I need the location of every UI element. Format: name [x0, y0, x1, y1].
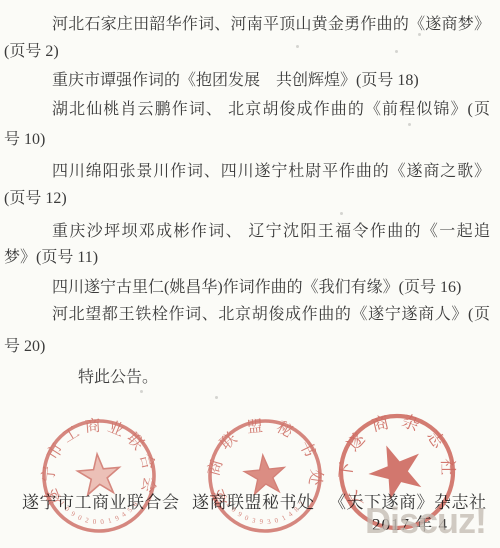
scan-speck: [140, 390, 143, 393]
discuz-watermark: Discuz!: [365, 500, 486, 542]
announcement-line: 四川绵阳张景川作词、四川遂宁杜尉平作曲的《遂商之歌》: [52, 162, 490, 181]
announcement-line: 河北望都王铁栓作词、北京胡俊成作曲的《遂宁遂商人》(页: [52, 305, 490, 324]
announcement-line: 重庆市谭强作词的《抱团发展 共创辉煌》(页号 18): [52, 71, 419, 90]
closing-statement: 特此公告。: [78, 368, 158, 387]
scan-speck: [215, 396, 218, 399]
scan-speck: [395, 50, 398, 53]
scan-speck: [296, 45, 299, 48]
scanned-announcement-page: 河北石家庄田韶华作词、河南平顶山黄金勇作曲的《遂商梦》 (页号 2) 重庆市谭强…: [0, 0, 500, 548]
announcement-line: 重庆沙坪坝邓成彬作词、 辽宁沈阳王福令作曲的《一起追: [52, 222, 490, 241]
red-seal-secretariat-icon: 遂商联盟秘书处 5109039301482: [195, 406, 335, 546]
red-seal-federation-icon: 遂宁市工商业联合会 5109020019450: [29, 406, 169, 546]
scan-speck: [340, 212, 343, 215]
announcement-line: 河北石家庄田韶华作词、河南平顶山黄金勇作曲的《遂商梦》: [52, 15, 490, 34]
star-icon: [76, 452, 121, 495]
announcement-line: 号 20): [4, 337, 45, 356]
svg-text:5109020019450: 5109020019450: [53, 486, 144, 530]
announcement-line: 湖北仙桃肖云鹏作词、 北京胡俊成作曲的《前程似锦》(页: [52, 100, 490, 119]
scan-speck: [408, 123, 411, 126]
star-icon: [363, 437, 429, 502]
announcement-line: 号 10): [4, 130, 45, 149]
star-icon: [243, 453, 287, 495]
announcement-line: (页号 2): [4, 42, 59, 61]
svg-text:5109039301482: 5109039301482: [220, 486, 311, 531]
scan-speck: [418, 33, 421, 36]
announcement-line: 四川遂宁古里仁(姚昌华)作词作曲的《我们有缘》(页号 16): [52, 278, 461, 297]
announcement-line: (页号 12): [4, 189, 67, 208]
announcement-line: 梦》(页号 11): [4, 248, 98, 267]
